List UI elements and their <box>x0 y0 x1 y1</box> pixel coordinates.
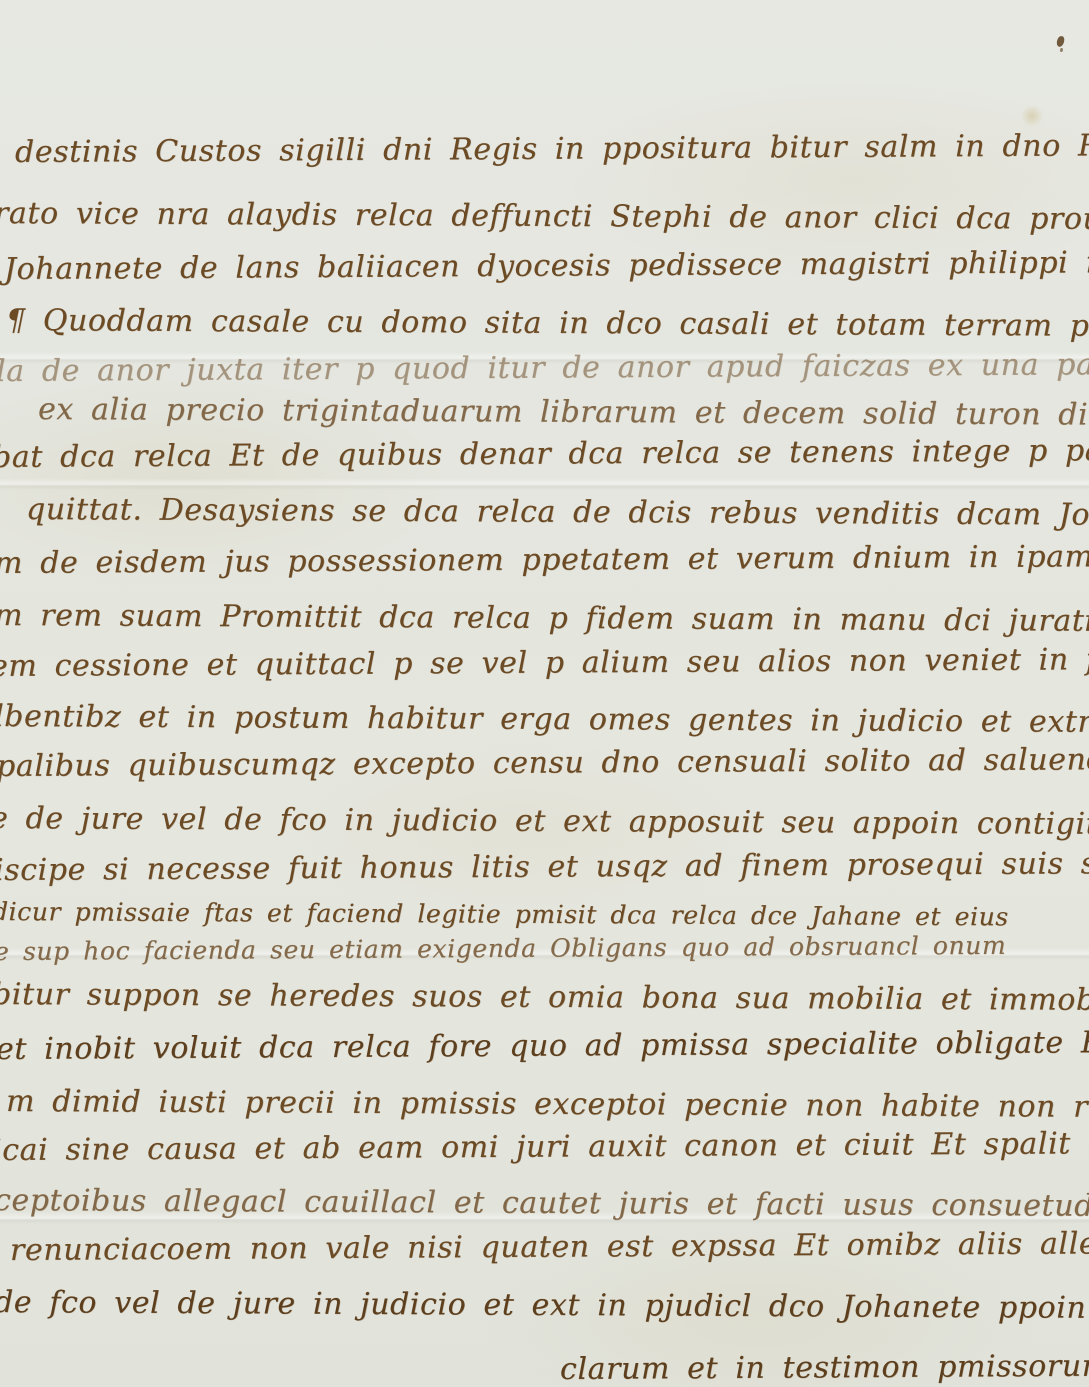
manuscript-line: m dimid iusti precii in pmissis exceptoi… <box>6 1084 1089 1125</box>
manuscript-line: palibus quibuscumqz excepto censu dno ce… <box>0 741 1089 784</box>
manuscript-line: rato vice nra alaydis relca deffuncti St… <box>0 196 1089 238</box>
manuscript-line: e sup hoc facienda seu etiam exigenda Ob… <box>0 931 1006 966</box>
manuscript-line: Johannete de lans baliiacen dyocesis ped… <box>4 244 1089 287</box>
manuscript-line: la de anor juxta iter p quod itur de ano… <box>0 347 1089 389</box>
manuscript-line: lbentibz et in postum habitur erga omes … <box>0 699 1089 740</box>
manuscript-line: m rem suam Promittit dca relca p fidem s… <box>0 598 1089 639</box>
manuscript-line: bat dca relca Et de quibus denar dca rel… <box>0 433 1089 475</box>
manuscript-line: ex alia precio trigintaduarum librarum e… <box>38 392 1089 433</box>
manuscript-line: destinis Custos sigilli dni Regis in ppo… <box>15 128 1089 170</box>
manuscript-line: renunciacoem non vale nisi quaten est ex… <box>10 1226 1089 1268</box>
manuscript-page: destinis Custos sigilli dni Regis in ppo… <box>0 0 1089 1387</box>
manuscript-text: destinis Custos sigilli dni Regis in ppo… <box>0 0 1089 1387</box>
manuscript-line: dicur pmissaie ftas et faciend legitie p… <box>0 897 1009 931</box>
manuscript-line: quittat. Desaysiens se dca relca de dcis… <box>26 492 1089 533</box>
manuscript-line: et inobit voluit dca relca fore quo ad p… <box>0 1025 1089 1067</box>
manuscript-line: e de jure vel de fco in judicio et ext a… <box>0 801 1089 843</box>
manuscript-line: ¶ Quoddam casale cu domo sita in dco cas… <box>6 303 1089 344</box>
manuscript-line: icai sine causa et ab eam omi juri auxit… <box>0 1126 1089 1168</box>
manuscript-line: de fco vel de jure in judicio et ext in … <box>0 1285 1089 1326</box>
manuscript-line: clarum et in testimon pmissorum dictum s… <box>560 1347 1089 1387</box>
manuscript-line: ceptoibus allegacl cauillacl et cautet j… <box>0 1183 1089 1224</box>
manuscript-line: iscipe si necesse fuit honus litis et us… <box>0 845 1089 888</box>
manuscript-line: bitur suppon se heredes suos et omia bon… <box>0 977 1089 1018</box>
manuscript-line: em cessione et quittacl p se vel p alium… <box>0 641 1089 684</box>
manuscript-line: m de eisdem jus possessionem ppetatem et… <box>0 539 1089 581</box>
